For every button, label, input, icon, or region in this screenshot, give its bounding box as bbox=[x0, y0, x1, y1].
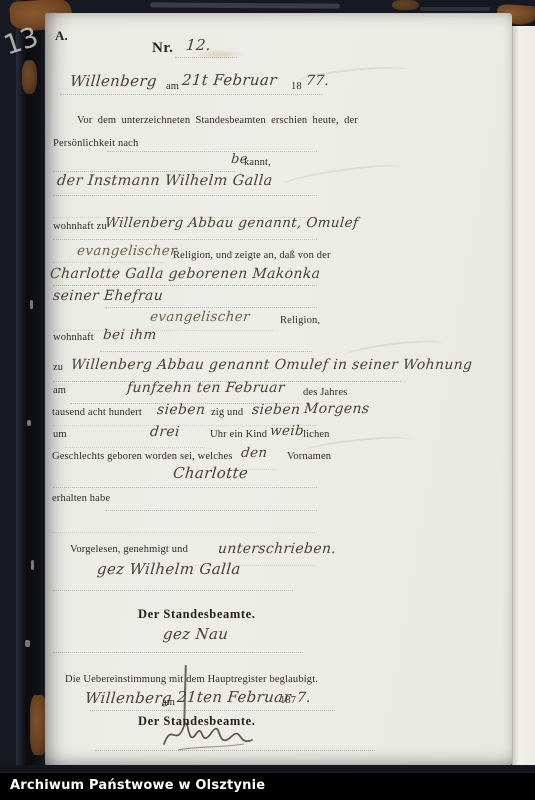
residence-value: Willenberg Abbau genannt, Omulef bbox=[104, 216, 359, 232]
birthdate-suffix: des Jahres bbox=[303, 387, 347, 399]
leather-fleck-top bbox=[392, 0, 419, 10]
residence2-label: wohnhaft bbox=[53, 332, 94, 344]
ruled-line bbox=[53, 285, 317, 286]
registrar-signature-scribble bbox=[158, 718, 258, 758]
religion-written: evangelischer bbox=[149, 310, 250, 326]
am-label: am bbox=[166, 81, 179, 93]
ruled-line bbox=[53, 330, 273, 331]
table-shadow bbox=[0, 765, 535, 773]
birthdate-label: am bbox=[53, 385, 66, 397]
registrar-signature: gez Nau bbox=[162, 626, 229, 643]
intro-text-2: Persönlichkeit nach bbox=[53, 138, 138, 150]
ruled-line bbox=[53, 262, 165, 263]
certification-place: Willenberg bbox=[84, 690, 172, 707]
ruled-line bbox=[53, 171, 235, 172]
ruled-line bbox=[53, 239, 317, 240]
book-spine bbox=[16, 0, 46, 768]
ruled-line bbox=[107, 151, 317, 152]
mother-name: Charlotte Galla geborenen Makonka bbox=[49, 266, 321, 282]
ruled-line bbox=[53, 652, 303, 653]
ruled-line bbox=[53, 195, 317, 196]
hour-suffix: Uhr ein Kind bbox=[210, 429, 267, 441]
year-mid-printed: zig und bbox=[211, 407, 243, 419]
year-label: tausend acht hundert bbox=[52, 407, 142, 419]
hour-written: drei bbox=[149, 424, 180, 440]
received-label: erhalten habe bbox=[52, 493, 110, 505]
corner-letter: A. bbox=[55, 29, 68, 44]
mother-relation: seiner Ehefrau bbox=[52, 288, 163, 304]
year-written: 7. bbox=[296, 690, 311, 706]
residence-label: wohnhaft zu bbox=[53, 221, 107, 233]
spine-scratch bbox=[25, 640, 30, 647]
intro-text-1: Vor dem unterzeichneten Standesbeamten e… bbox=[77, 115, 358, 127]
ruled-line bbox=[60, 94, 322, 95]
ruled-line bbox=[53, 590, 293, 591]
certification-date: 21ten Februar bbox=[176, 689, 291, 706]
religion-printed: Religion, bbox=[280, 315, 320, 327]
spine-scratch bbox=[27, 420, 31, 426]
record-place: Willenberg bbox=[69, 73, 157, 90]
ruled-line bbox=[53, 532, 317, 533]
religion-printed: Religion, und zeigte an, daß von der bbox=[173, 250, 331, 262]
year-tens-written: sieben bbox=[156, 402, 206, 418]
year-prefix: 18 bbox=[291, 81, 302, 93]
ruled-line bbox=[105, 510, 317, 511]
ruled-line bbox=[95, 750, 375, 751]
archival-scan: 13 A. Nr. 12. Willenberg am 21t Februar … bbox=[0, 0, 535, 800]
record-date: 21t Februar bbox=[181, 72, 277, 89]
spine-scratch bbox=[30, 300, 33, 309]
bekannt-printed: kannt, bbox=[244, 157, 271, 169]
ruled-line bbox=[100, 351, 312, 352]
showthrough-mark bbox=[283, 161, 404, 192]
birthplace-label: zu bbox=[53, 362, 63, 374]
ruled-line bbox=[105, 307, 317, 308]
year-written: 77. bbox=[305, 73, 330, 89]
registrar-title: Der Standesbeamte. bbox=[138, 607, 256, 621]
sex-written: weib bbox=[269, 424, 304, 440]
religion-written: evangelischer bbox=[76, 244, 177, 260]
declarant-signature: gez Wilhelm Galla bbox=[96, 561, 241, 578]
spine-scratch bbox=[31, 560, 34, 570]
hour-label: um bbox=[53, 429, 67, 441]
article-written: den bbox=[240, 446, 268, 462]
record-number-value: 12. bbox=[185, 37, 211, 54]
sex-printed: Geschlechts geboren worden sei, welches bbox=[52, 451, 233, 463]
cover-streak bbox=[150, 2, 340, 8]
record-number-label: Nr. bbox=[152, 40, 173, 57]
birthplace-value: Willenberg Abbau genannt Omulef in seine… bbox=[70, 357, 473, 373]
year-prefix: 187 bbox=[280, 695, 296, 707]
ruled-line bbox=[175, 57, 237, 58]
ruled-line bbox=[90, 710, 335, 711]
archive-name: Archiwum Państwowe w Olsztynie bbox=[10, 778, 265, 793]
time-of-day-written: Morgens bbox=[303, 401, 370, 417]
vornamen-label: Vornamen bbox=[287, 451, 331, 463]
archive-watermark-bar: Archiwum Państwowe w Olsztynie bbox=[0, 773, 535, 800]
declarant-name: der Instmann Wilhelm Galla bbox=[56, 173, 273, 190]
child-name: Charlotte bbox=[172, 465, 249, 482]
ruled-line bbox=[65, 447, 205, 448]
read-approved-written: unterschrieben. bbox=[217, 541, 337, 557]
certification-statement: Die Uebereinstimmung mit dem Hauptregist… bbox=[65, 674, 318, 686]
am-label: am bbox=[162, 697, 175, 709]
sex-suffix: lichen bbox=[303, 429, 330, 441]
leather-patch-left bbox=[22, 60, 37, 94]
year-ones-written: sieben bbox=[251, 402, 301, 418]
birthdate-written: funfzehn ten Februar bbox=[126, 380, 285, 396]
register-page: A. Nr. 12. Willenberg am 21t Februar 18 … bbox=[45, 13, 512, 765]
ruled-line bbox=[53, 487, 317, 488]
page-edge-right bbox=[512, 26, 535, 765]
read-approved-printed: Vorgelesen, genehmigt und bbox=[70, 544, 188, 556]
cover-streak bbox=[420, 7, 490, 11]
residence2-written: bei ihm bbox=[102, 328, 157, 344]
